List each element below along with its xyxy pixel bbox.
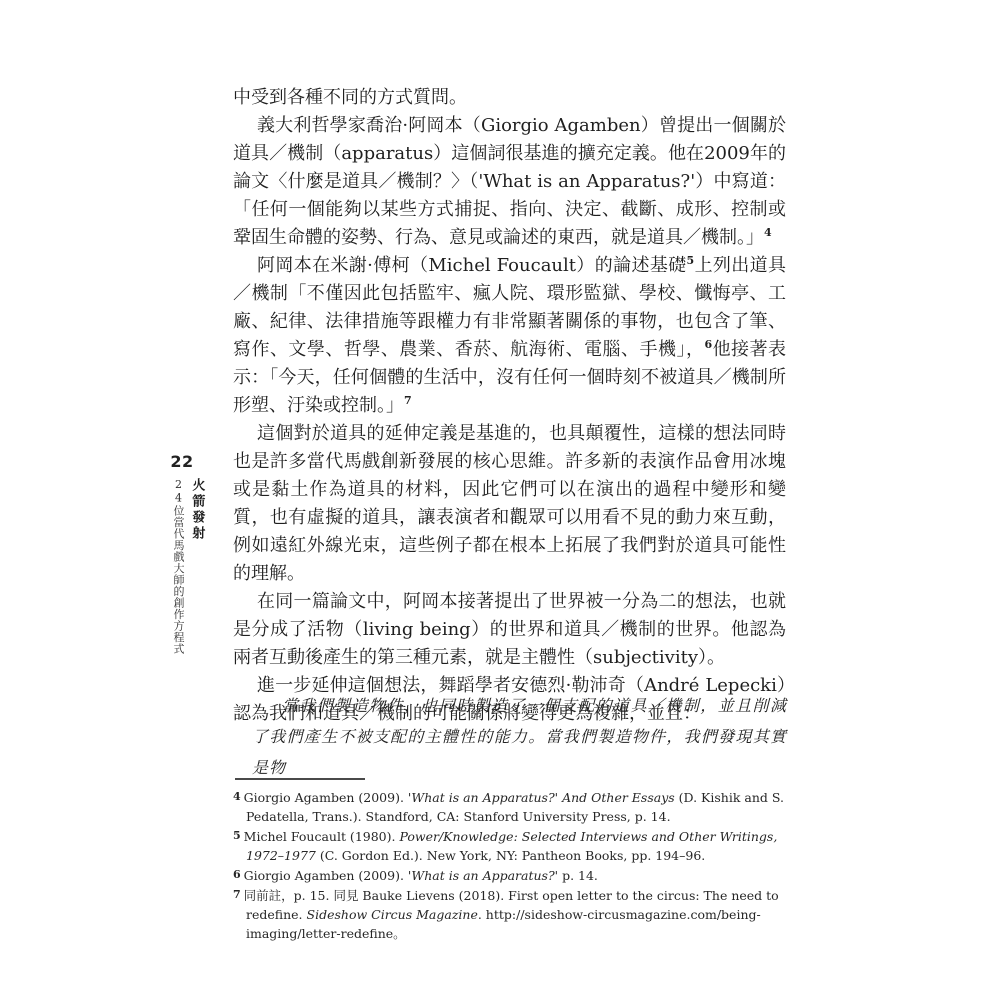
footnote-text: p. 14. (558, 868, 598, 883)
footnote: 7同前註，p. 15. 同見 Bauke Lievens (2018). Fir… (233, 885, 795, 943)
footnote-text: Giorgio Agamben (2009). (244, 868, 408, 883)
footnotes-section: 4Giorgio Agamben (2009). 'What is an App… (233, 770, 795, 943)
footnote-title-italic: Sideshow Circus Magazine (307, 907, 478, 922)
footnote: 6Giorgio Agamben (2009). 'What is an App… (233, 865, 795, 885)
footnote: 5Michel Foucault (1980). Power/Knowledge… (233, 826, 795, 865)
paragraph: 在同一篇論文中，阿岡本接著提出了世界被一分為二的想法，也就是分成了活物（livi… (233, 588, 786, 672)
footnote-text: (C. Gordon Ed.). New York, NY: Pantheon … (316, 848, 705, 863)
footnote-reference: 6 (704, 338, 712, 351)
footnote-reference: 5 (687, 254, 695, 267)
main-text-block: 中受到各種不同的方式質問。義大利哲學家喬治·阿岡本（Giorgio Agambe… (233, 84, 786, 728)
footnote-number: 5 (233, 829, 241, 842)
footnote-number: 4 (233, 790, 241, 803)
book-subtitle: 24位當代馬戲大師的創作方程式 (172, 478, 185, 655)
book-subtitle-number: 24 (172, 478, 185, 505)
footnote-reference: 4 (764, 226, 772, 239)
footnote-number: 7 (233, 888, 241, 901)
book-title-vertical: 火箭發射24位當代馬戲大師的創作方程式 (169, 478, 206, 658)
page-number: 22 (166, 452, 208, 471)
paragraph: 阿岡本在米謝·傅柯（Michel Foucault）的論述基礎5上列出道具／機制… (233, 252, 786, 420)
footnote-list: 4Giorgio Agamben (2009). 'What is an App… (233, 787, 795, 943)
sidebar: 22 火箭發射24位當代馬戲大師的創作方程式 (166, 452, 208, 658)
footnote-separator (235, 778, 365, 780)
paragraph: 義大利哲學家喬治·阿岡本（Giorgio Agamben）曾提出一個關於道具／機… (233, 112, 786, 252)
paragraph: 這個對於道具的延伸定義是基進的，也具顛覆性，這樣的想法同時也是許多當代馬戲創新發… (233, 420, 786, 588)
book-title: 火箭發射 (189, 478, 204, 542)
footnote-number: 6 (233, 868, 241, 881)
footnote-text: Giorgio Agamben (2009). (244, 790, 408, 805)
book-page: 22 火箭發射24位當代馬戲大師的創作方程式 中受到各種不同的方式質問。義大利哲… (0, 0, 1004, 1004)
footnote-title-italic: 'What is an Apparatus?' (408, 868, 558, 883)
footnote-reference: 7 (404, 394, 412, 407)
footnote-text: Michel Foucault (1980). (244, 829, 400, 844)
footnote: 4Giorgio Agamben (2009). 'What is an App… (233, 787, 795, 826)
body-paragraphs: 中受到各種不同的方式質問。義大利哲學家喬治·阿岡本（Giorgio Agambe… (233, 84, 786, 728)
footnote-title-italic: 'What is an Apparatus?' And Other Essays (408, 790, 675, 805)
book-subtitle-text: 位當代馬戲大師的創作方程式 (172, 505, 185, 655)
paragraph: 中受到各種不同的方式質問。 (233, 84, 786, 112)
